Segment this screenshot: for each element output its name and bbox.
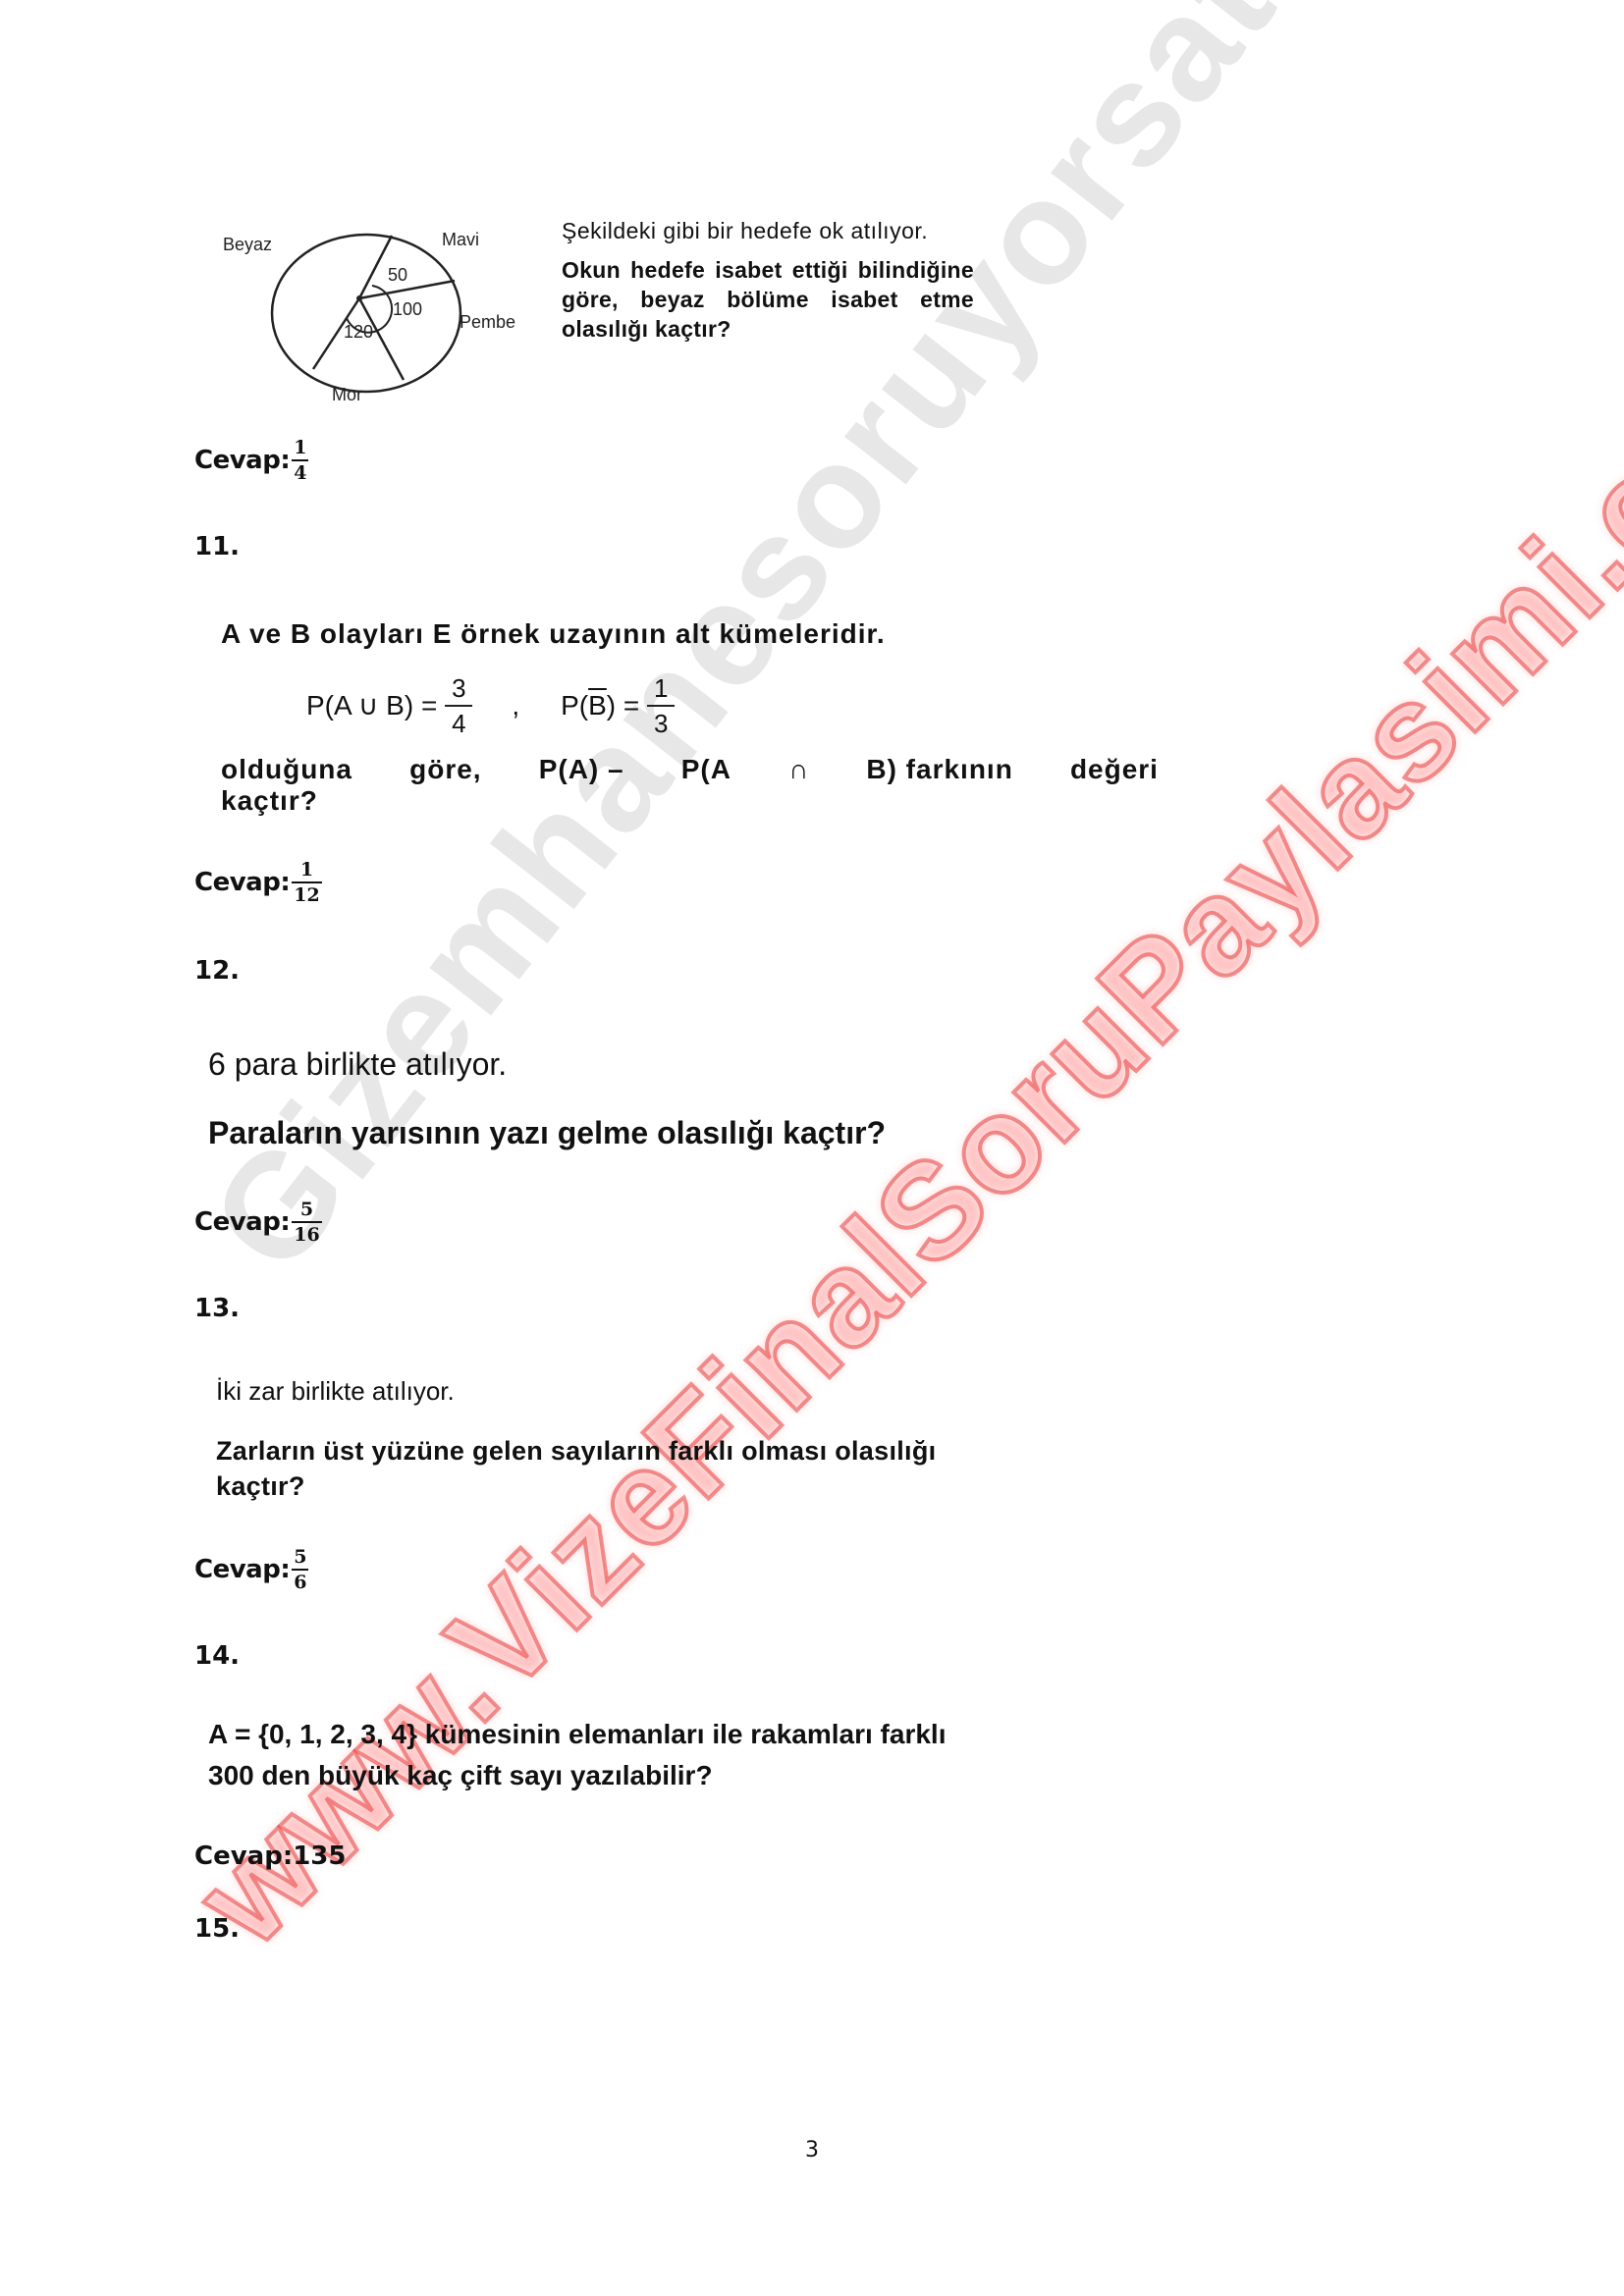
q10-answer: Cevap: 1 4 [194,438,308,483]
angle-120: 120 [344,322,373,342]
q11-formula: P(A ∪ B) = 3 4 , P(B) = 1 3 [306,673,675,738]
label-white: Beyaz [223,235,272,254]
angle-100: 100 [393,299,422,319]
q14-question: A = {0, 1, 2, 3, 4} kümesinin elemanları… [208,1714,974,1796]
gray-watermark: Gizemhanesoruyorsatosi [177,0,1447,1303]
q12-answer-fraction: 5 16 [292,1200,321,1245]
q11-question: olduğuna göre, P(A) – P(A ∩ B) farkının … [221,754,1159,817]
q11-answer-fraction: 1 12 [292,860,321,905]
q12-intro: 6 para birlikte atılıyor. [208,1046,507,1083]
page-number: 3 [805,2138,819,2163]
q11-number: 11. [194,532,240,561]
q10-intro: Şekildeki gibi bir hedefe ok atılıyor. [562,216,974,245]
label-blue: Mavi [442,230,479,249]
q13-question: Zarların üst yüzüne gelen sayıların fark… [216,1433,962,1504]
q11-answer: Cevap: 1 12 [194,860,322,905]
q12-answer: Cevap: 5 16 [194,1200,322,1245]
label-pink: Pembe [460,312,515,332]
q14-answer: Cevap:135 [194,1842,347,1871]
q10-question: Okun hedefe isabet ettiği bilindiğine gö… [562,255,974,344]
q13-answer-fraction: 5 6 [292,1547,308,1592]
q11-stem: A ve B olayları E örnek uzayının alt küm… [221,618,886,650]
q12-question: Paraların yarısının yazı gelme olasılığı… [208,1115,886,1151]
label-purple: Mor [332,385,362,404]
document-page: Gizemhanesoruyorsatosi www.VizeFinalSoru… [0,0,1624,2296]
q15-number: 15. [194,1914,240,1944]
q13-number: 13. [194,1294,240,1323]
q13-answer: Cevap: 5 6 [194,1547,308,1592]
q10-text: Şekildeki gibi bir hedefe ok atılıyor. O… [562,216,974,344]
q10-answer-fraction: 1 4 [292,438,308,483]
dartboard-figure: Beyaz Mavi Pembe Mor 50 100 120 [211,218,545,404]
q12-number: 12. [194,956,240,986]
angle-50: 50 [388,265,407,285]
q13-intro: İki zar birlikte atılıyor. [216,1376,455,1407]
q14-number: 14. [194,1641,240,1671]
